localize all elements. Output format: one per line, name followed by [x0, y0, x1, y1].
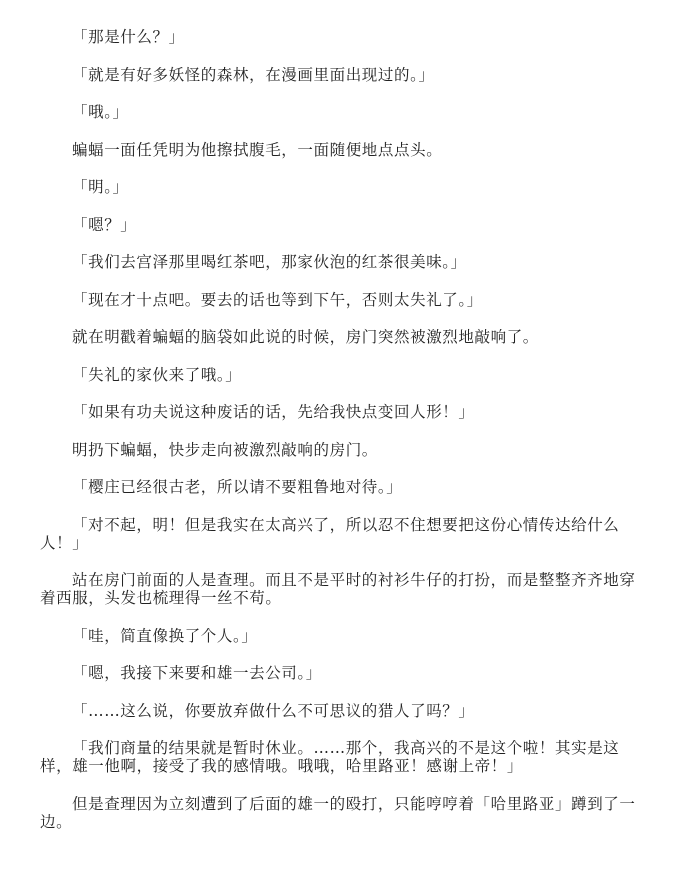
- dialogue-paragraph: 「嗯，我接下来要和雄一去公司。」: [40, 664, 640, 682]
- dialogue-paragraph: 「对不起，明！但是我实在太高兴了，所以忍不住想要把这份心情传达给什么人！」: [40, 516, 640, 552]
- dialogue-paragraph: 「我们去宫泽那里喝红茶吧，那家伙泡的红茶很美味。」: [40, 253, 640, 271]
- narrative-paragraph: 但是查理因为立刻遭到了后面的雄一的殴打，只能哼哼着「哈里路亚」蹲到了一边。: [40, 795, 640, 831]
- narrative-paragraph: 明扔下蝙蝠，快步走向被激烈敲响的房门。: [40, 441, 640, 459]
- document-page: 「那是什么？」 「就是有好多妖怪的森林，在漫画里面出现过的。」 「哦。」 蝙蝠一…: [40, 28, 640, 850]
- dialogue-paragraph: 「哦。」: [40, 103, 640, 121]
- dialogue-paragraph: 「樱庄已经很古老，所以请不要粗鲁地对待。」: [40, 478, 640, 496]
- dialogue-paragraph: 「失礼的家伙来了哦。」: [40, 366, 640, 384]
- dialogue-paragraph: 「现在才十点吧。要去的话也等到下午，否则太失礼了。」: [40, 291, 640, 309]
- dialogue-paragraph: 「……这么说，你要放弃做什么不可思议的猎人了吗？」: [40, 702, 640, 720]
- dialogue-paragraph: 「如果有功夫说这种废话的话，先给我快点变回人形！」: [40, 403, 640, 421]
- narrative-paragraph: 蝙蝠一面任凭明为他擦拭腹毛，一面随便地点点头。: [40, 141, 640, 159]
- dialogue-paragraph: 「明。」: [40, 178, 640, 196]
- narrative-paragraph: 站在房门前面的人是查理。而且不是平时的衬衫牛仔的打扮，而是整整齐齐地穿着西服，头…: [40, 571, 640, 607]
- dialogue-paragraph: 「那是什么？」: [40, 28, 640, 46]
- dialogue-paragraph: 「我们商量的结果就是暂时休业。……那个，我高兴的不是这个啦！其实是这样，雄一他啊…: [40, 739, 640, 775]
- narrative-paragraph: 就在明戳着蝙蝠的脑袋如此说的时候，房门突然被激烈地敲响了。: [40, 328, 640, 346]
- dialogue-paragraph: 「就是有好多妖怪的森林，在漫画里面出现过的。」: [40, 66, 640, 84]
- dialogue-paragraph: 「嗯？」: [40, 216, 640, 234]
- dialogue-paragraph: 「哇，简直像换了个人。」: [40, 627, 640, 645]
